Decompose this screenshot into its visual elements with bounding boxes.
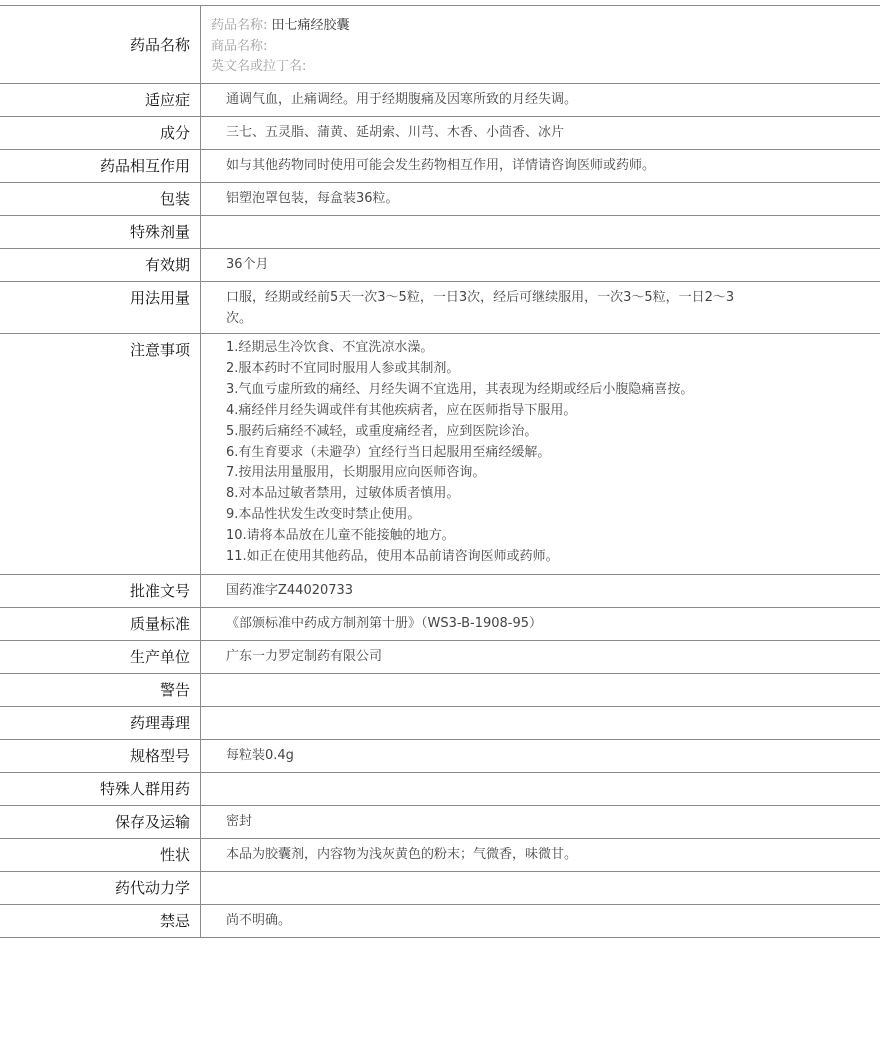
row-value — [201, 773, 880, 806]
table-row-special-dosage: 特殊剂量 — [0, 216, 880, 249]
table-row-quality-standard: 质量标准 《部颁标准中药成方制剂第十册》（WS3-B-1908-95） — [0, 608, 880, 641]
row-value — [201, 707, 880, 740]
row-value — [201, 872, 880, 905]
row-label: 成分 — [0, 117, 201, 150]
row-value: 国药准字Z44020733 — [201, 575, 880, 608]
table-row-special-populations: 特殊人群用药 — [0, 773, 880, 806]
precaution-item: 11.如正在使用其他药品，使用本品前请咨询医师或药师。 — [226, 547, 880, 568]
table-row-specification: 规格型号 每粒装0.4g — [0, 740, 880, 773]
row-label: 用法用量 — [0, 282, 201, 334]
table-row-interactions: 药品相互作用 如与其他药物同时使用可能会发生药物相互作用，详情请咨询医师或药师。 — [0, 150, 880, 183]
drug-info-table: 药品名称 药品名称: 田七痛经胶囊 商品名称: 英文名或拉丁名: 适应症 通调气… — [0, 5, 880, 938]
table-row-indications: 适应症 通调气血，止痛调经。用于经期腹痛及因寒所致的月经失调。 — [0, 84, 880, 117]
row-label: 药理毒理 — [0, 707, 201, 740]
table-row-precautions: 注意事项 1.经期忌生冷饮食、不宜洗凉水澡。 2.服本药时不宜同时服用人参或其制… — [0, 334, 880, 575]
trade-name-line: 商品名称: — [211, 37, 880, 58]
row-value: 《部颁标准中药成方制剂第十册》（WS3-B-1908-95） — [201, 608, 880, 641]
row-label: 保存及运输 — [0, 806, 201, 839]
table-row-approval-number: 批准文号 国药准字Z44020733 — [0, 575, 880, 608]
precaution-item: 3.气血亏虚所致的痛经、月经失调不宜选用，其表现为经期或经后小腹隐痛喜按。 — [226, 380, 880, 401]
table-row-manufacturer: 生产单位 广东一力罗定制药有限公司 — [0, 641, 880, 674]
row-label: 适应症 — [0, 84, 201, 117]
precaution-item: 5.服药后痛经不减轻，或重度痛经者，应到医院诊治。 — [226, 422, 880, 443]
row-label: 有效期 — [0, 249, 201, 282]
table-row-description: 性状 本品为胶囊剂，内容物为浅灰黄色的粉末；气微香，味微甘。 — [0, 839, 880, 872]
row-value: 36个月 — [201, 249, 880, 282]
row-value: 广东一力罗定制药有限公司 — [201, 641, 880, 674]
row-label: 包装 — [0, 183, 201, 216]
row-label: 药品相互作用 — [0, 150, 201, 183]
row-value: 每粒装0.4g — [201, 740, 880, 773]
row-label: 性状 — [0, 839, 201, 872]
row-value: 口服，经期或经前5天一次3～5粒，一日3次，经后可继续服用，一次3～5粒，一日2… — [201, 282, 880, 334]
generic-name-value: 田七痛经胶囊 — [272, 18, 350, 33]
row-value: 尚不明确。 — [201, 905, 880, 938]
row-value: 药品名称: 田七痛经胶囊 商品名称: 英文名或拉丁名: — [201, 6, 880, 84]
precaution-item: 10.请将本品放在儿童不能接触的地方。 — [226, 526, 880, 547]
row-label: 药代动力学 — [0, 872, 201, 905]
precaution-item: 2.服本药时不宜同时服用人参或其制剂。 — [226, 359, 880, 380]
table-row-contraindications: 禁忌 尚不明确。 — [0, 905, 880, 938]
row-value — [201, 674, 880, 707]
precaution-item: 4.痛经伴月经失调或伴有其他疾病者，应在医师指导下服用。 — [226, 401, 880, 422]
table-row-pharmacokinetics: 药代动力学 — [0, 872, 880, 905]
row-value: 如与其他药物同时使用可能会发生药物相互作用，详情请咨询医师或药师。 — [201, 150, 880, 183]
row-label: 批准文号 — [0, 575, 201, 608]
row-label: 生产单位 — [0, 641, 201, 674]
table-row-storage: 保存及运输 密封 — [0, 806, 880, 839]
generic-name-label: 药品名称: — [211, 18, 267, 33]
precaution-item: 6.有生育要求（未避孕）宜经行当日起服用至痛经缓解。 — [226, 443, 880, 464]
generic-name-line: 药品名称: 田七痛经胶囊 — [211, 16, 880, 37]
precaution-item: 8.对本品过敏者禁用，过敏体质者慎用。 — [226, 484, 880, 505]
table-row-shelf-life: 有效期 36个月 — [0, 249, 880, 282]
row-label: 规格型号 — [0, 740, 201, 773]
row-label: 药品名称 — [0, 6, 201, 84]
table-row-warning: 警告 — [0, 674, 880, 707]
row-value: 1.经期忌生冷饮食、不宜洗凉水澡。 2.服本药时不宜同时服用人参或其制剂。 3.… — [201, 334, 880, 575]
table-row-packaging: 包装 铝塑泡罩包装，每盒装36粒。 — [0, 183, 880, 216]
row-value: 密封 — [201, 806, 880, 839]
table-row-pharmacology: 药理毒理 — [0, 707, 880, 740]
english-name-line: 英文名或拉丁名: — [211, 57, 880, 78]
row-label: 质量标准 — [0, 608, 201, 641]
row-value: 三七、五灵脂、蒲黄、延胡索、川芎、木香、小茴香、冰片 — [201, 117, 880, 150]
row-label: 警告 — [0, 674, 201, 707]
table-row-usage: 用法用量 口服，经期或经前5天一次3～5粒，一日3次，经后可继续服用，一次3～5… — [0, 282, 880, 334]
row-value: 本品为胶囊剂，内容物为浅灰黄色的粉末；气微香，味微甘。 — [201, 839, 880, 872]
row-label: 禁忌 — [0, 905, 201, 938]
table-row-ingredients: 成分 三七、五灵脂、蒲黄、延胡索、川芎、木香、小茴香、冰片 — [0, 117, 880, 150]
trade-name-label: 商品名称: — [211, 39, 267, 54]
row-label: 特殊人群用药 — [0, 773, 201, 806]
precaution-item: 7.按用法用量服用，长期服用应向医师咨询。 — [226, 463, 880, 484]
precaution-item: 9.本品性状发生改变时禁止使用。 — [226, 505, 880, 526]
row-value: 铝塑泡罩包装，每盒装36粒。 — [201, 183, 880, 216]
precaution-item: 1.经期忌生冷饮食、不宜洗凉水澡。 — [226, 338, 880, 359]
table-row-drug-name: 药品名称 药品名称: 田七痛经胶囊 商品名称: 英文名或拉丁名: — [0, 6, 880, 84]
row-value: 通调气血，止痛调经。用于经期腹痛及因寒所致的月经失调。 — [201, 84, 880, 117]
row-label: 特殊剂量 — [0, 216, 201, 249]
row-value — [201, 216, 880, 249]
row-label: 注意事项 — [0, 334, 201, 575]
english-name-label: 英文名或拉丁名: — [211, 59, 306, 74]
